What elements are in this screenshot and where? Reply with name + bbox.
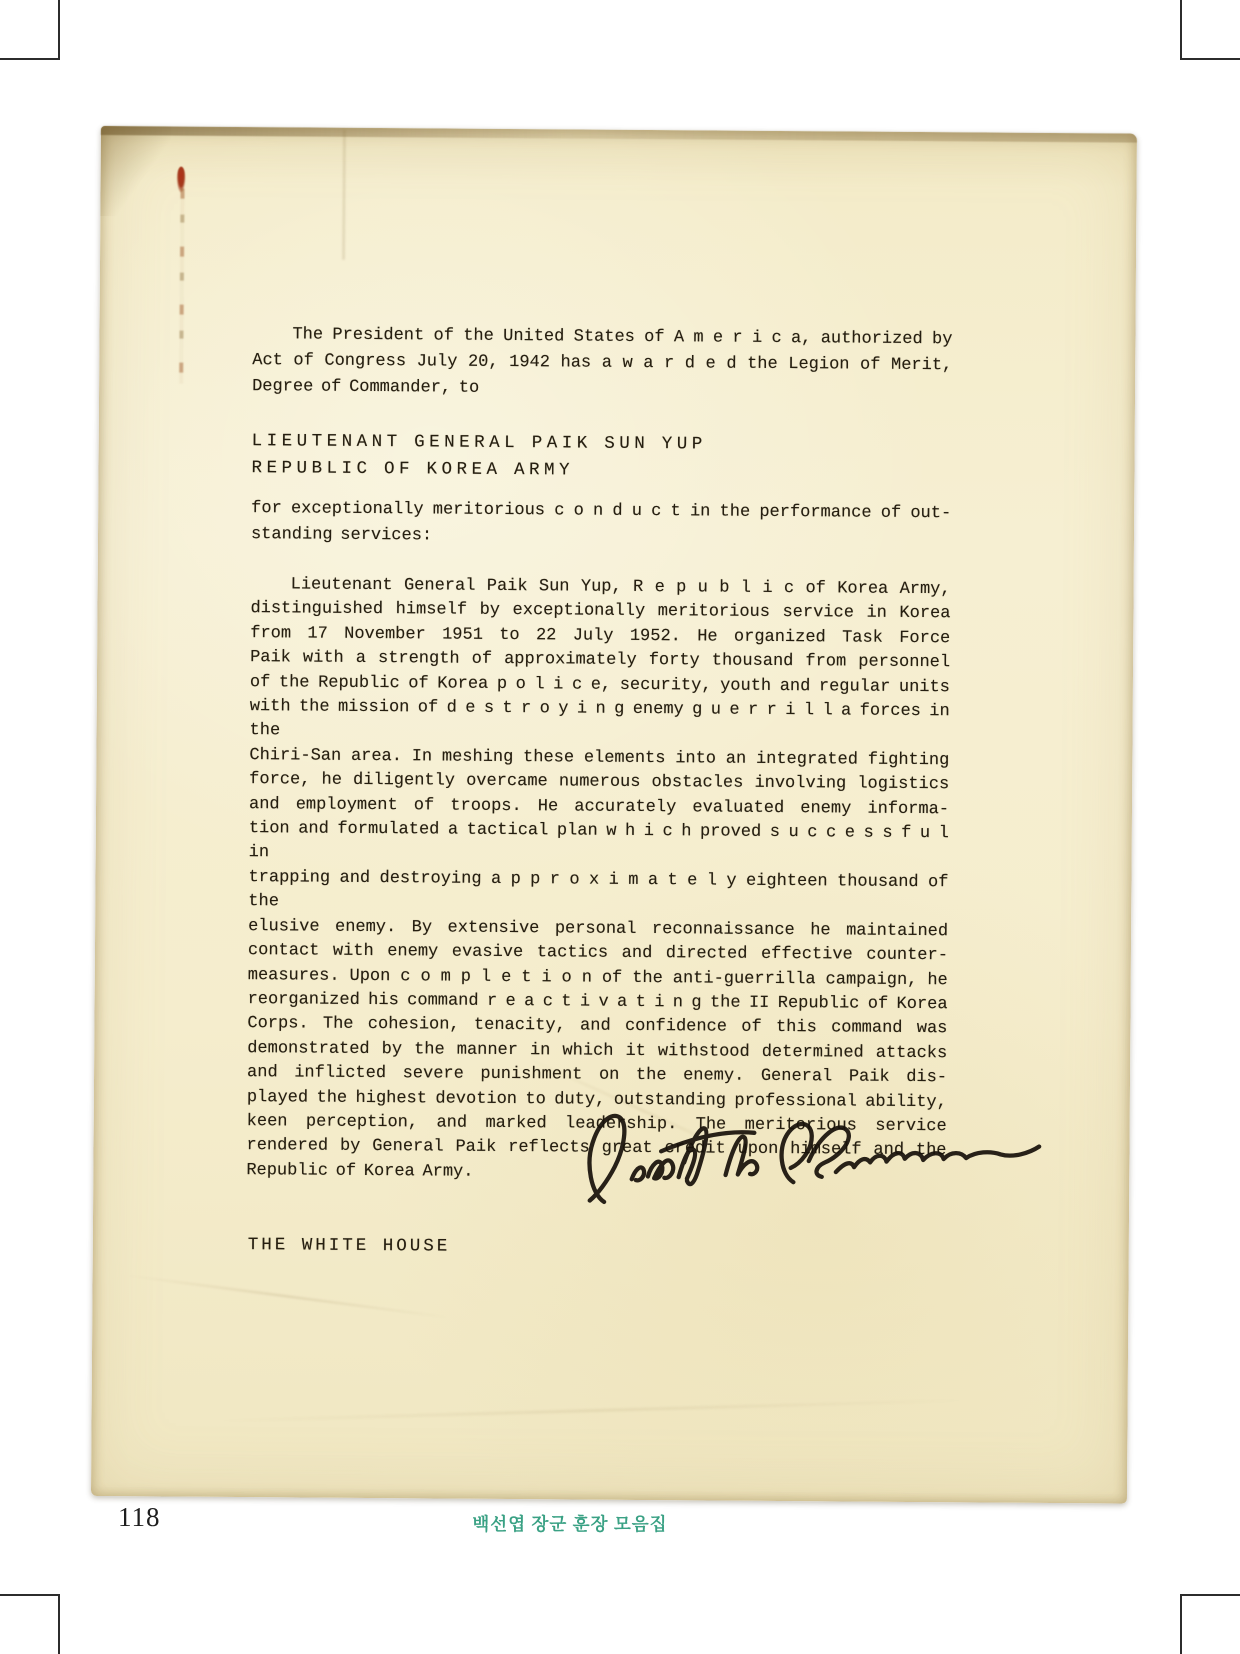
certificate-scan: The President of the United States of A …: [91, 126, 1137, 1504]
text-line: trapping and destroying a p p r o x i m …: [248, 866, 948, 920]
signature-eisenhower: [569, 1082, 1054, 1223]
torn-edge-shading: [101, 126, 1137, 143]
crop-mark-top-left: [0, 0, 60, 60]
text-line: tion and formulated a tactical plan w h …: [249, 817, 949, 871]
issuer-the-white-house: THE WHITE HOUSE: [248, 1235, 451, 1256]
footer-caption-korean: 백선엽 장군 훈장 모음집: [0, 1511, 1140, 1536]
citation-intro-paragraph: The President of the United States of A …: [252, 322, 953, 405]
book-page: { "page": { "number": "118", "footer_cap…: [0, 0, 1240, 1654]
paper-crease: [124, 1274, 451, 1319]
recipient-name-heading: LIEUTENANT GENERAL PAIK SUN YUPREPUBLIC …: [251, 428, 951, 486]
paper-crease: [342, 130, 346, 260]
text-line: standing services:: [251, 522, 951, 553]
rust-streak: [179, 189, 184, 384]
paper-crease: [212, 1399, 972, 1422]
crop-mark-bottom-right: [1180, 1594, 1240, 1654]
corner-shading: [100, 126, 171, 217]
crop-mark-top-right: [1180, 0, 1240, 60]
text-line: with the mission of d e s t r o y i n g …: [249, 695, 949, 749]
crop-mark-bottom-left: [0, 1594, 60, 1654]
citation-preamble-paragraph: for exceptionally meritorious c o n d u …: [251, 496, 951, 553]
text-line: REPUBLIC OF KOREA ARMY: [251, 455, 951, 487]
text-line: Degree of Commander, to: [252, 374, 952, 405]
